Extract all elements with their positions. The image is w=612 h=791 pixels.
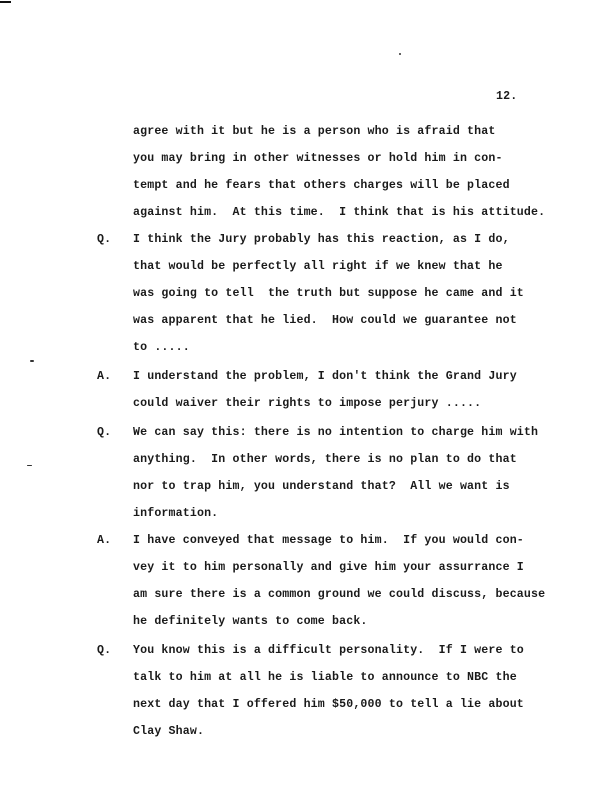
transcript-line: to ..... [133, 340, 190, 356]
scan-artifact-dot [30, 360, 34, 362]
transcript-line: talk to him at all he is liable to annou… [133, 670, 517, 686]
transcript-line: nor to trap him, you understand that? Al… [133, 479, 510, 495]
transcript-line: next day that I offered him $50,000 to t… [133, 697, 524, 713]
scan-artifact-dot [27, 465, 32, 466]
transcript-line: anything. In other words, there is no pl… [133, 452, 517, 468]
scan-artifact-mark [0, 1, 11, 3]
transcript-line: that would be perfectly all right if we … [133, 259, 503, 275]
speaker-label: Q. [97, 232, 111, 248]
transcript-line: am sure there is a common ground we coul… [133, 587, 545, 603]
transcript-line: I understand the problem, I don't think … [133, 369, 517, 385]
transcript-line: you may bring in other witnesses or hold… [133, 151, 503, 167]
speaker-label: A. [97, 369, 111, 385]
document-page: 12. agree with it but he is a person who… [0, 0, 612, 791]
transcript-line: Clay Shaw. [133, 724, 204, 740]
speaker-label: Q. [97, 643, 111, 659]
transcript-line: We can say this: there is no intention t… [133, 425, 538, 441]
transcript-line: could waiver their rights to impose perj… [133, 396, 481, 412]
transcript-line: I think the Jury probably has this react… [133, 232, 510, 248]
scan-artifact-dot [399, 53, 401, 55]
speaker-label: A. [97, 533, 111, 549]
transcript-line: tempt and he fears that others charges w… [133, 178, 510, 194]
transcript-line: agree with it but he is a person who is … [133, 124, 495, 140]
transcript-line: against him. At this time. I think that … [133, 205, 545, 221]
transcript-line: was apparent that he lied. How could we … [133, 313, 517, 329]
transcript-line: was going to tell the truth but suppose … [133, 286, 524, 302]
page-number: 12. [496, 90, 517, 103]
speaker-label: Q. [97, 425, 111, 441]
transcript-line: information. [133, 506, 218, 522]
transcript-line: he definitely wants to come back. [133, 614, 368, 630]
transcript-line: You know this is a difficult personality… [133, 643, 524, 659]
transcript-line: vey it to him personally and give him yo… [133, 560, 524, 576]
transcript-line: I have conveyed that message to him. If … [133, 533, 524, 549]
